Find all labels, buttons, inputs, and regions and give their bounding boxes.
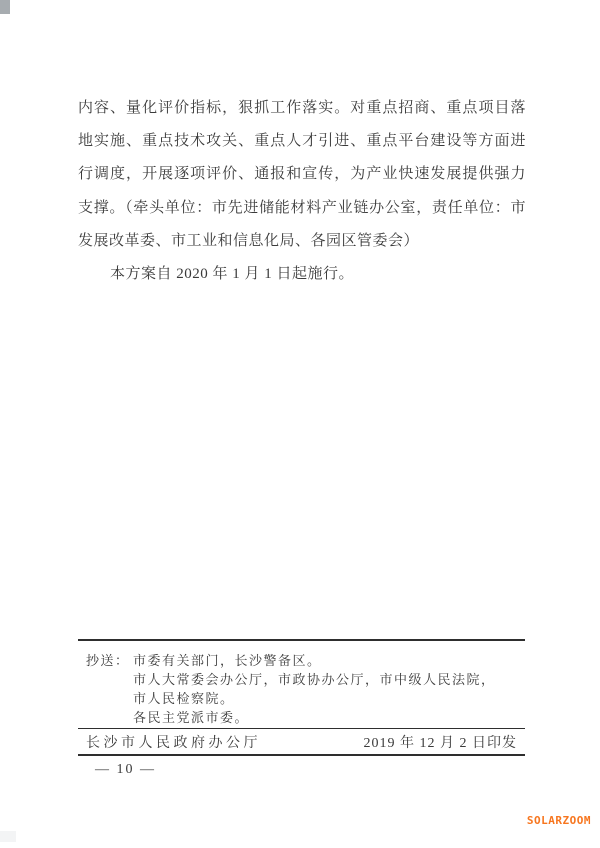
cc-recipient-list: 市委有关部门，长沙警备区。 市人大常委会办公厅，市政协办公厅，市中级人民法院， … [133, 651, 525, 727]
paragraph-line: 发展改革委、市工业和信息化局、各园区管委会） [78, 225, 526, 258]
scan-artifact-top-left [0, 0, 10, 14]
page-number: — 10 — [95, 762, 156, 778]
document-page: 内容、量化评价指标，狠抓工作落实。对重点招商、重点项目落 地实施、重点技术攻关、… [0, 0, 600, 848]
print-date: 2019 年 12 月 2 日印发 [364, 732, 518, 752]
cc-distribution-block: 抄送： 市委有关部门，长沙警备区。 市人大常委会办公厅，市政协办公厅，市中级人民… [78, 639, 525, 727]
paragraph-line: 行调度，开展逐项评价、通报和宣传，为产业快速发展提供强力 [78, 158, 526, 191]
main-paragraph: 内容、量化评价指标，狠抓工作落实。对重点招商、重点项目落 地实施、重点技术攻关、… [78, 92, 526, 291]
effective-date-line: 本方案自 2020 年 1 月 1 日起施行。 [78, 258, 526, 291]
solarzoom-watermark: SOLARZOOM [527, 814, 591, 827]
issuer-footer-row: 长沙市人民政府办公厅 2019 年 12 月 2 日印发 [78, 728, 525, 756]
paragraph-line: 地实施、重点技术攻关、重点人才引进、重点平台建设等方面进 [78, 125, 526, 158]
cc-recipient-line: 市委有关部门，长沙警备区。 [133, 651, 525, 670]
cc-recipient-line: 市人大常委会办公厅，市政协办公厅，市中级人民法院， [133, 670, 525, 689]
paragraph-line: 支撑。（牵头单位：市先进储能材料产业链办公室，责任单位：市 [78, 192, 526, 225]
scan-artifact-bottom-left [0, 831, 16, 842]
cc-recipient-line: 市人民检察院。 [133, 689, 525, 708]
paragraph-line: 内容、量化评价指标，狠抓工作落实。对重点招商、重点项目落 [78, 92, 526, 125]
cc-recipient-line: 各民主党派市委。 [133, 708, 525, 727]
cc-label: 抄送： [86, 651, 133, 727]
issuing-office: 长沙市人民政府办公厅 [86, 732, 261, 752]
